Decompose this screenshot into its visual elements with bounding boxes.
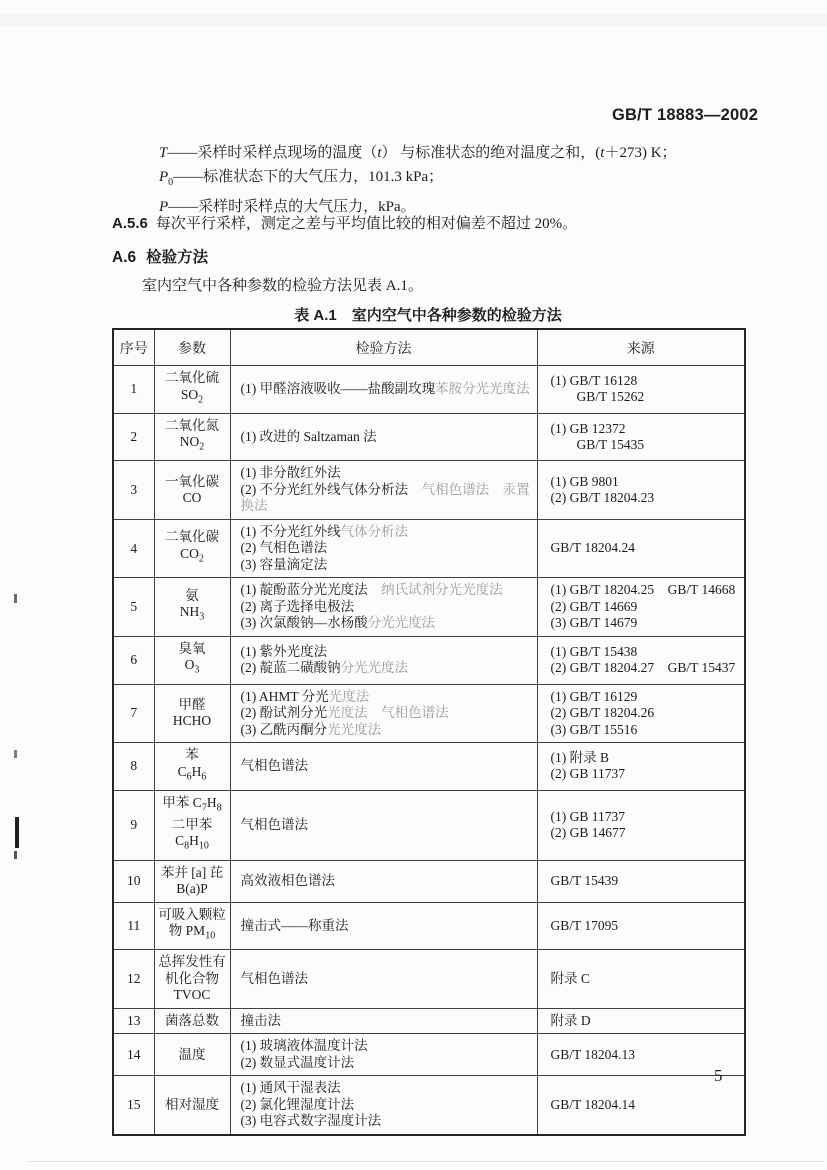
cell-parameter: 甲醛HCHO xyxy=(154,684,230,743)
table-row: 8苯C6H6气相色谱法(1) 附录 B(2) GB 11737 xyxy=(113,743,745,791)
cell-parameter: 温度 xyxy=(154,1034,230,1076)
heading-a-6-text: 检验方法 xyxy=(146,249,208,266)
intro-paragraph: 室内空气中各种参数的检验方法见表 A.1。 xyxy=(142,274,423,295)
text-segment: H xyxy=(192,764,202,779)
cell-method: (1) 甲醛溶液吸收——盐酸副玫瑰苯胺分光光度法 xyxy=(230,366,537,414)
cell-parameter: 苯C6H6 xyxy=(154,743,230,791)
cell-source: (1) GB/T 16129(2) GB/T 18204.26(3) GB/T … xyxy=(537,684,745,743)
text-segment: CO xyxy=(180,546,199,561)
method-line: (1) 非分散红外法 xyxy=(241,465,533,482)
cell-no: 5 xyxy=(113,578,154,637)
cell-source: 附录 C xyxy=(537,950,745,1009)
text-segment: O xyxy=(185,657,195,672)
cell-source: (1) GB/T 15438(2) GB/T 18204.27 GB/T 154… xyxy=(537,636,745,684)
method-line: (2) 氯化锂湿度计法 xyxy=(241,1097,533,1114)
cell-parameter: 氨NH3 xyxy=(154,578,230,637)
method-line: (1) 通风干湿表法 xyxy=(241,1080,533,1097)
cell-parameter: 总挥发性有机化合物TVOC xyxy=(154,950,230,1009)
method-line: (2) 靛蓝二磺酸钠分光光度法 xyxy=(241,660,533,677)
method-line: 撞击式——称重法 xyxy=(241,918,533,935)
text-segment: (2) 氯化锂湿度计法 xyxy=(241,1097,355,1112)
table-row: 6臭氧O3(1) 紫外光度法(2) 靛蓝二磺酸钠分光光度法(1) GB/T 15… xyxy=(113,636,745,684)
parameter-line: 菌落总数 xyxy=(155,1013,230,1030)
method-line: (1) 改进的 Saltzaman 法 xyxy=(241,429,533,446)
source-line: (2) GB/T 14669 xyxy=(551,599,741,616)
table-row: 2二氧化氮NO2(1) 改进的 Saltzaman 法(1) GB 12372G… xyxy=(113,413,745,461)
text-segment: 10 xyxy=(199,841,209,852)
text-segment: 菌落总数 xyxy=(165,1013,219,1028)
text-segment: (1) AHMT 分光 xyxy=(241,689,329,704)
table-row: 1二氧化硫SO2(1) 甲醛溶液吸收——盐酸副玫瑰苯胺分光光度法(1) GB/T… xyxy=(113,366,745,414)
text-segment: ） 与标准状态的绝对温度之和，( xyxy=(382,145,601,161)
scan-artifact-mark xyxy=(14,750,17,758)
col-header-source: 来源 xyxy=(537,329,745,366)
text-segment: TVOC xyxy=(174,987,211,1002)
cell-no: 2 xyxy=(113,413,154,461)
parameter-line: B(a)P xyxy=(155,881,230,898)
text-segment: (3) 电容式数字湿度计法 xyxy=(241,1113,382,1128)
cell-source: (1) GB 12372GB/T 15435 xyxy=(537,413,745,461)
cell-method: 高效液相色谱法 xyxy=(230,860,537,902)
col-header-method: 检验方法 xyxy=(230,329,537,366)
text-segment: 相对湿度 xyxy=(165,1097,219,1112)
cell-source: (1) GB/T 16128GB/T 15262 xyxy=(537,366,745,414)
cell-method: (1) AHMT 分光光度法(2) 酚试剂分光光度法 气相色谱法(3) 乙酰丙酮… xyxy=(230,684,537,743)
text-segment: 2 xyxy=(198,394,203,405)
cell-source: GB/T 15439 xyxy=(537,860,745,902)
text-segment: (1) 非分散红外法 xyxy=(241,465,341,480)
source-line: (1) 附录 B xyxy=(551,750,741,767)
parameter-line: 甲苯 C7H8 xyxy=(155,795,230,817)
cell-parameter: 相对湿度 xyxy=(154,1076,230,1135)
source-line: GB/T 18204.14 xyxy=(551,1097,741,1114)
table-row: 7甲醛HCHO(1) AHMT 分光光度法(2) 酚试剂分光光度法 气相色谱法(… xyxy=(113,684,745,743)
text-segment: 撞击式——称重法 xyxy=(241,918,349,933)
method-line: (1) 紫外光度法 xyxy=(241,644,533,661)
cell-method: (1) 非分散红外法(2) 不分光红外线气体分析法 气相色谱法 汞置换法 xyxy=(230,461,537,520)
method-line: 气相色谱法 xyxy=(241,971,533,988)
method-line: (3) 乙酰丙酮分光光度法 xyxy=(241,722,533,739)
source-line: (1) GB/T 18204.25 GB/T 14668 xyxy=(551,582,741,599)
cell-parameter: 臭氧O3 xyxy=(154,636,230,684)
parameter-line: 温度 xyxy=(155,1047,230,1064)
text-segment: (1) 甲醛溶液吸收——盐酸副玫瑰 xyxy=(241,381,436,396)
parameter-line: 可吸入颗粒 xyxy=(155,907,230,924)
parameter-line: CO xyxy=(155,490,230,507)
text-segment: H xyxy=(189,833,199,848)
text-segment: ——采样时采样点现场的温度（ xyxy=(167,145,377,161)
cell-parameter: 二氧化氮NO2 xyxy=(154,413,230,461)
parameter-line: 二氧化碳 xyxy=(155,529,230,546)
table-row: 4二氧化碳CO2(1) 不分光红外线气体分析法(2) 气相色谱法(3) 容量滴定… xyxy=(113,519,745,578)
cell-method: (1) 通风干湿表法(2) 氯化锂湿度计法(3) 电容式数字湿度计法 xyxy=(230,1076,537,1135)
cell-parameter: 甲苯 C7H8二甲苯 C8H10 xyxy=(154,790,230,860)
cell-method: (1) 玻璃液体温度计法(2) 数显式温度计法 xyxy=(230,1034,537,1076)
table-row: 13菌落总数撞击法附录 D xyxy=(113,1008,745,1034)
document-page: GB/T 18883—2002 T——采样时采样点现场的温度（t） 与标准状态的… xyxy=(0,0,827,1170)
source-line: (1) GB/T 16128 xyxy=(551,373,741,390)
source-line: (2) GB/T 18204.23 xyxy=(551,490,741,507)
cell-no: 4 xyxy=(113,519,154,578)
source-line: (1) GB 11737 xyxy=(551,809,741,826)
text-segment: (1) 紫外光度法 xyxy=(241,644,328,659)
cell-source: (1) 附录 B(2) GB 11737 xyxy=(537,743,745,791)
text-segment: (2) 离子选择电极法 xyxy=(241,599,355,614)
text-segment: (1) 靛酚蓝分光光度法 xyxy=(241,582,382,597)
parameter-line: NH3 xyxy=(155,604,230,626)
symbol-definitions: T——采样时采样点现场的温度（t） 与标准状态的绝对温度之和，(t＋273) K… xyxy=(159,141,677,219)
parameter-line: 机化合物 xyxy=(155,971,230,988)
cell-method: 气相色谱法 xyxy=(230,950,537,1009)
text-segment: 二氧化碳 xyxy=(165,529,219,544)
source-line: (3) GB/T 14679 xyxy=(551,615,741,632)
method-line: 气相色谱法 xyxy=(241,758,533,775)
text-segment: (2) 气相色谱法 xyxy=(241,540,328,555)
text-segment: 光度法 xyxy=(329,689,370,704)
parameter-line: 二氧化氮 xyxy=(155,418,230,435)
text-segment: 气相色谱法 xyxy=(241,758,309,773)
cell-method: (1) 不分光红外线气体分析法(2) 气相色谱法(3) 容量滴定法 xyxy=(230,519,537,578)
text-segment: 纳氏试剂分光光度法 xyxy=(381,582,503,597)
source-line: GB/T 15439 xyxy=(551,873,741,890)
parameter-line: 总挥发性有 xyxy=(155,954,230,971)
text-segment: 撞击法 xyxy=(241,1013,282,1028)
clause-a-5-6-label: A.5.6 xyxy=(112,215,148,232)
cell-no: 11 xyxy=(113,902,154,950)
cell-method: 撞击式——称重法 xyxy=(230,902,537,950)
text-segment: ＋273) K； xyxy=(604,145,676,161)
parameter-line: 臭氧 xyxy=(155,641,230,658)
method-line: (1) 不分光红外线气体分析法 xyxy=(241,524,533,541)
source-line: 附录 D xyxy=(551,1013,741,1030)
text-segment: ——标准状态下的大气压力，101.3 kPa； xyxy=(173,169,443,185)
cell-source: (1) GB/T 18204.25 GB/T 14668(2) GB/T 146… xyxy=(537,578,745,637)
cell-no: 1 xyxy=(113,366,154,414)
source-line: (1) GB 12372 xyxy=(551,421,741,438)
method-line: (3) 次氯酸钠—水杨酸分光光度法 xyxy=(241,615,533,632)
cell-source: GB/T 18204.24 xyxy=(537,519,745,578)
text-segment: 可吸入颗粒 xyxy=(158,907,226,922)
text-segment: (2) 靛蓝二磺酸钠 xyxy=(241,660,341,675)
text-segment: 3 xyxy=(199,612,204,623)
text-segment: NH xyxy=(180,604,200,619)
cell-parameter: 一氧化碳CO xyxy=(154,461,230,520)
table-row: 9甲苯 C7H8二甲苯 C8H10气相色谱法(1) GB 11737(2) GB… xyxy=(113,790,745,860)
text-segment: 臭氧 xyxy=(179,641,206,656)
method-line: (3) 容量滴定法 xyxy=(241,557,533,574)
scan-artifact-band xyxy=(0,15,827,26)
method-line: (1) AHMT 分光光度法 xyxy=(241,689,533,706)
parameter-line: 二甲苯 C8H10 xyxy=(155,817,230,856)
text-segment: 10 xyxy=(205,931,215,942)
scan-artifact-line xyxy=(28,1161,823,1162)
text-segment: C xyxy=(178,764,187,779)
cell-method: (1) 紫外光度法(2) 靛蓝二磺酸钠分光光度法 xyxy=(230,636,537,684)
parameter-line: 氨 xyxy=(155,588,230,605)
cell-no: 9 xyxy=(113,790,154,860)
method-line: (1) 靛酚蓝分光光度法 纳氏试剂分光光度法 xyxy=(241,582,533,599)
source-line: GB/T 15262 xyxy=(551,389,741,406)
text-segment: (1) 通风干湿表法 xyxy=(241,1080,341,1095)
cell-method: 撞击法 xyxy=(230,1008,537,1034)
parameter-line: CO2 xyxy=(155,546,230,568)
cell-parameter: 二氧化碳CO2 xyxy=(154,519,230,578)
parameter-line: 二氧化硫 xyxy=(155,370,230,387)
parameter-line: 一氧化碳 xyxy=(155,474,230,491)
cell-source: (1) GB 9801(2) GB/T 18204.23 xyxy=(537,461,745,520)
cell-no: 7 xyxy=(113,684,154,743)
scan-artifact-mark xyxy=(14,594,17,603)
cell-parameter: 可吸入颗粒物 PM10 xyxy=(154,902,230,950)
cell-source: 附录 D xyxy=(537,1008,745,1034)
text-segment: 气相色谱法 xyxy=(241,971,309,986)
text-segment: 一氧化碳 xyxy=(165,474,219,489)
parameter-line: NO2 xyxy=(155,434,230,456)
text-segment: (3) 乙酰丙酮分 xyxy=(241,722,328,737)
scan-artifact-mark xyxy=(15,817,19,848)
cell-source: GB/T 17095 xyxy=(537,902,745,950)
text-segment: 气体分析法 xyxy=(341,524,409,539)
col-header-parameter: 参数 xyxy=(154,329,230,366)
cell-no: 10 xyxy=(113,860,154,902)
text-segment: 甲苯 C xyxy=(162,795,201,810)
table-row: 10苯并 [a] 芘B(a)P高效液相色谱法GB/T 15439 xyxy=(113,860,745,902)
method-line: (2) 数显式温度计法 xyxy=(241,1055,533,1072)
parameter-line: 苯 xyxy=(155,747,230,764)
cell-parameter: 苯并 [a] 芘B(a)P xyxy=(154,860,230,902)
text-segment: H xyxy=(207,795,217,810)
cell-no: 13 xyxy=(113,1008,154,1034)
text-segment: B(a)P xyxy=(176,881,208,896)
text-segment: 6 xyxy=(201,771,206,782)
text-segment: (2) 酚试剂分光 xyxy=(241,705,328,720)
method-line: (2) 离子选择电极法 xyxy=(241,599,533,616)
source-line: 附录 C xyxy=(551,971,741,988)
text-segment: P xyxy=(159,169,168,185)
method-line: (1) 玻璃液体温度计法 xyxy=(241,1038,533,1055)
cell-method: (1) 靛酚蓝分光光度法 纳氏试剂分光光度法(2) 离子选择电极法(3) 次氯酸… xyxy=(230,578,537,637)
cell-parameter: 二氧化硫SO2 xyxy=(154,366,230,414)
text-segment: (3) 次氯酸钠—水杨酸 xyxy=(241,615,368,630)
table-row: 5氨NH3(1) 靛酚蓝分光光度法 纳氏试剂分光光度法(2) 离子选择电极法(3… xyxy=(113,578,745,637)
text-segment: 2 xyxy=(199,442,204,453)
source-line: (2) GB/T 18204.26 xyxy=(551,705,741,722)
heading-a-6: A.6检验方法 xyxy=(112,245,208,267)
source-line: GB/T 15435 xyxy=(551,437,741,454)
text-segment: 温度 xyxy=(179,1047,206,1062)
parameter-line: 苯并 [a] 芘 xyxy=(155,865,230,882)
cell-no: 8 xyxy=(113,743,154,791)
text-segment: 二氧化氮 xyxy=(165,418,219,433)
text-segment: (2) 不分光红外线气体分析法 xyxy=(241,482,422,497)
cell-no: 15 xyxy=(113,1076,154,1135)
table-row: 12总挥发性有机化合物TVOC气相色谱法附录 C xyxy=(113,950,745,1009)
text-segment: 苯并 [a] 芘 xyxy=(161,865,223,880)
source-line: (2) GB 14677 xyxy=(551,825,741,842)
parameter-line: C6H6 xyxy=(155,764,230,786)
text-segment: 高效液相色谱法 xyxy=(241,873,336,888)
text-segment: 二氧化硫 xyxy=(165,370,219,385)
source-line: (2) GB/T 18204.27 GB/T 15437 xyxy=(551,660,741,677)
cell-no: 14 xyxy=(113,1034,154,1076)
cell-source: (1) GB 11737(2) GB 14677 xyxy=(537,790,745,860)
text-segment: 2 xyxy=(199,553,204,564)
cell-method: 气相色谱法 xyxy=(230,743,537,791)
definition-line: P0——标准状态下的大气压力，101.3 kPa； xyxy=(159,165,677,195)
cell-no: 6 xyxy=(113,636,154,684)
text-segment: 苯 xyxy=(185,747,199,762)
cell-method: 气相色谱法 xyxy=(230,790,537,860)
method-line: 撞击法 xyxy=(241,1013,533,1030)
parameter-line: SO2 xyxy=(155,387,230,409)
clause-a-5-6-text: 每次平行采样，测定之差与平均值比较的相对偏差不超过 20%。 xyxy=(156,216,577,232)
method-line: 高效液相色谱法 xyxy=(241,873,533,890)
source-line: GB/T 17095 xyxy=(551,918,741,935)
text-segment: 物 PM xyxy=(169,923,205,938)
text-segment: (2) 数显式温度计法 xyxy=(241,1055,355,1070)
text-segment: NO xyxy=(180,434,200,449)
source-line: (3) GB/T 15516 xyxy=(551,722,741,739)
parameter-line: 甲醛 xyxy=(155,697,230,714)
method-line: (3) 电容式数字湿度计法 xyxy=(241,1113,533,1130)
text-segment: 总挥发性有 xyxy=(158,954,226,969)
heading-a-6-label: A.6 xyxy=(112,249,136,266)
scan-artifact-mark xyxy=(14,851,17,859)
page-number: 5 xyxy=(714,1066,723,1086)
parameter-line: HCHO xyxy=(155,713,230,730)
method-line: 气相色谱法 xyxy=(241,817,533,834)
method-line: (2) 酚试剂分光光度法 气相色谱法 xyxy=(241,705,533,722)
text-segment: 3 xyxy=(194,665,199,676)
cell-no: 12 xyxy=(113,950,154,1009)
text-segment: (1) 玻璃液体温度计法 xyxy=(241,1038,368,1053)
text-segment: HCHO xyxy=(173,713,211,728)
cell-no: 3 xyxy=(113,461,154,520)
text-segment: 分光光度法 xyxy=(368,615,436,630)
method-line: (2) 不分光红外线气体分析法 气相色谱法 汞置换法 xyxy=(241,482,533,515)
table-title: 表 A.1 室内空气中各种参数的检验方法 xyxy=(112,304,744,325)
source-line: (1) GB/T 15438 xyxy=(551,644,741,661)
definition-line: T——采样时采样点现场的温度（t） 与标准状态的绝对温度之和，(t＋273) K… xyxy=(159,141,677,165)
source-line: GB/T 18204.24 xyxy=(551,540,741,557)
text-segment: 气相色谱法 xyxy=(241,817,309,832)
table-row: 11可吸入颗粒物 PM10撞击式——称重法GB/T 17095 xyxy=(113,902,745,950)
text-segment: 苯胺分光光度法 xyxy=(435,381,530,396)
table-row: 15相对湿度(1) 通风干湿表法(2) 氯化锂湿度计法(3) 电容式数字湿度计法… xyxy=(113,1076,745,1135)
text-segment: 分光光度法 xyxy=(341,660,409,675)
text-segment: 氨 xyxy=(185,588,199,603)
method-line: (1) 甲醛溶液吸收——盐酸副玫瑰苯胺分光光度法 xyxy=(241,381,533,398)
method-line: (2) 气相色谱法 xyxy=(241,540,533,557)
methods-table: 序号 参数 检验方法 来源 1二氧化硫SO2(1) 甲醛溶液吸收——盐酸副玫瑰苯… xyxy=(112,328,746,1136)
text-segment: 机化合物 xyxy=(165,971,219,986)
standard-number: GB/T 18883—2002 xyxy=(612,106,762,125)
parameter-line: 物 PM10 xyxy=(155,923,230,945)
source-line: (1) GB 9801 xyxy=(551,474,741,491)
text-segment: CO xyxy=(183,490,202,505)
text-segment: (1) 不分光红外线 xyxy=(241,524,341,539)
text-segment: 8 xyxy=(217,802,222,813)
parameter-line: O3 xyxy=(155,657,230,679)
text-segment: 甲醛 xyxy=(179,697,206,712)
source-line: GB/T 18204.13 xyxy=(551,1047,741,1064)
cell-parameter: 菌落总数 xyxy=(154,1008,230,1034)
text-segment: SO xyxy=(181,387,198,402)
table-row: 3一氧化碳CO(1) 非分散红外法(2) 不分光红外线气体分析法 气相色谱法 汞… xyxy=(113,461,745,520)
parameter-line: 相对湿度 xyxy=(155,1097,230,1114)
text-segment: 光度法 气相色谱法 xyxy=(327,705,449,720)
table-row: 14温度(1) 玻璃液体温度计法(2) 数显式温度计法GB/T 18204.13 xyxy=(113,1034,745,1076)
table-header-row: 序号 参数 检验方法 来源 xyxy=(113,329,745,366)
text-segment: (1) 改进的 Saltzaman 法 xyxy=(241,429,377,444)
source-line: (1) GB/T 16129 xyxy=(551,689,741,706)
col-header-no: 序号 xyxy=(113,329,154,366)
parameter-line: TVOC xyxy=(155,987,230,1004)
text-segment: 光光度法 xyxy=(327,722,381,737)
clause-a-5-6: A.5.6每次平行采样，测定之差与平均值比较的相对偏差不超过 20%。 xyxy=(112,212,577,233)
text-segment: (3) 容量滴定法 xyxy=(241,557,328,572)
cell-method: (1) 改进的 Saltzaman 法 xyxy=(230,413,537,461)
source-line: (2) GB 11737 xyxy=(551,766,741,783)
